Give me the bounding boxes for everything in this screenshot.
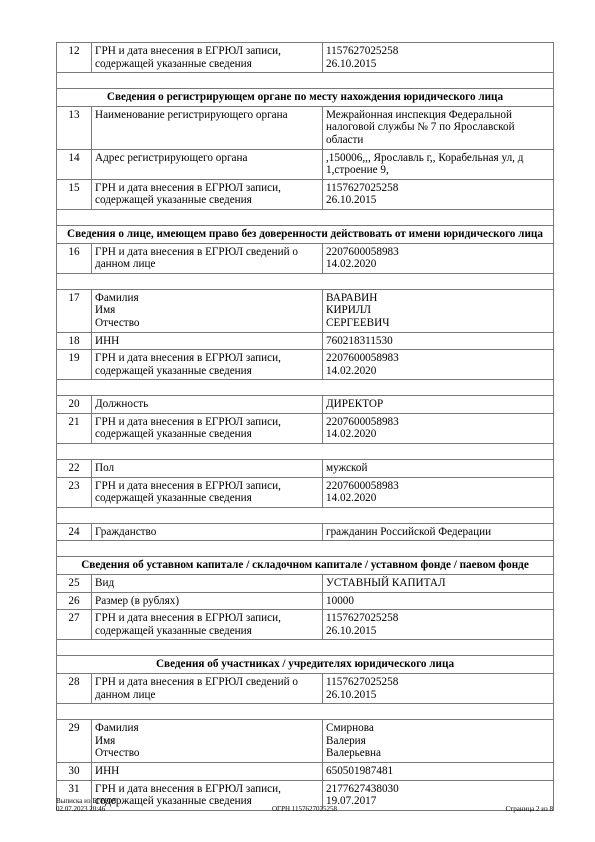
- section-title: Сведения о регистрирующем органе по мест…: [57, 89, 554, 107]
- section-title: Сведения о лице, имеющем право без довер…: [57, 225, 554, 243]
- row-number: 29: [57, 720, 92, 763]
- blank-row: [57, 444, 554, 460]
- row-label: Фамилия Имя Отчество: [92, 720, 323, 763]
- row-label: ГРН и дата внесения в ЕГРЮЛ сведений о д…: [92, 674, 323, 704]
- row-label: ГРН и дата внесения в ЕГРЮЛ записи, соде…: [92, 43, 323, 73]
- row-number: 23: [57, 477, 92, 507]
- blank-cell: [57, 444, 554, 460]
- blank-row: [57, 541, 554, 557]
- table-row: 19ГРН и дата внесения в ЕГРЮЛ записи, со…: [57, 350, 554, 380]
- row-value: Межрайонная инспекция Федеральной налого…: [323, 106, 554, 149]
- blank-row: [57, 273, 554, 289]
- table-row: 16ГРН и дата внесения в ЕГРЮЛ сведений о…: [57, 243, 554, 273]
- row-label: Гражданство: [92, 523, 323, 541]
- table-row: 18ИНН760218311530: [57, 332, 554, 350]
- table-row: 29Фамилия Имя ОтчествоСмирнова Валерия В…: [57, 720, 554, 763]
- table-row: 23ГРН и дата внесения в ЕГРЮЛ записи, со…: [57, 477, 554, 507]
- row-value: 2207600058983 14.02.2020: [323, 413, 554, 443]
- row-number: 18: [57, 332, 92, 350]
- row-value: 1157627025258 26.10.2015: [323, 179, 554, 209]
- row-label: Размер (в рублях): [92, 592, 323, 610]
- section-title: Сведения об участниках / учредителях юри…: [57, 656, 554, 674]
- row-value: ВАРАВИН КИРИЛЛ СЕРГЕЕВИЧ: [323, 289, 554, 332]
- table-row: 22Полмужской: [57, 460, 554, 478]
- row-value: УСТАВНЫЙ КАПИТАЛ: [323, 575, 554, 593]
- table-row: 13Наименование регистрирующего органаМеж…: [57, 106, 554, 149]
- egrul-extract-table: 12ГРН и дата внесения в ЕГРЮЛ записи, со…: [56, 42, 554, 811]
- table-row: 14Адрес регистрирующего органа,150006,,,…: [57, 149, 554, 179]
- row-number: 28: [57, 674, 92, 704]
- blank-row: [57, 704, 554, 720]
- section-header-row: Сведения об уставном капитале / складочн…: [57, 557, 554, 575]
- row-number: 20: [57, 396, 92, 414]
- table-row: 30ИНН650501987481: [57, 762, 554, 780]
- row-value: гражданин Российской Федерации: [323, 523, 554, 541]
- blank-row: [57, 209, 554, 225]
- blank-cell: [57, 640, 554, 656]
- row-value: ДИРЕКТОР: [323, 396, 554, 414]
- row-number: 14: [57, 149, 92, 179]
- blank-cell: [57, 541, 554, 557]
- table-row: 21ГРН и дата внесения в ЕГРЮЛ записи, со…: [57, 413, 554, 443]
- row-label: Наименование регистрирующего органа: [92, 106, 323, 149]
- row-label: ГРН и дата внесения в ЕГРЮЛ записи, соде…: [92, 610, 323, 640]
- row-number: 25: [57, 575, 92, 593]
- table-row: 27ГРН и дата внесения в ЕГРЮЛ записи, со…: [57, 610, 554, 640]
- blank-cell: [57, 273, 554, 289]
- table-row: 17Фамилия Имя ОтчествоВАРАВИН КИРИЛЛ СЕР…: [57, 289, 554, 332]
- section-title: Сведения об уставном капитале / складочн…: [57, 557, 554, 575]
- row-number: 19: [57, 350, 92, 380]
- table-row: 20ДолжностьДИРЕКТОР: [57, 396, 554, 414]
- table-row: 25ВидУСТАВНЫЙ КАПИТАЛ: [57, 575, 554, 593]
- row-number: 22: [57, 460, 92, 478]
- row-value: 2207600058983 14.02.2020: [323, 350, 554, 380]
- footer-page-number: Страница 2 из 8: [506, 805, 553, 813]
- row-number: 24: [57, 523, 92, 541]
- section-header-row: Сведения о лице, имеющем право без довер…: [57, 225, 554, 243]
- blank-cell: [57, 380, 554, 396]
- row-label: ГРН и дата внесения в ЕГРЮЛ записи, соде…: [92, 477, 323, 507]
- row-value: 650501987481: [323, 762, 554, 780]
- row-number: 26: [57, 592, 92, 610]
- row-label: Должность: [92, 396, 323, 414]
- table-body: 12ГРН и дата внесения в ЕГРЮЛ записи, со…: [57, 43, 554, 811]
- blank-row: [57, 507, 554, 523]
- row-label: ГРН и дата внесения в ЕГРЮЛ записи, соде…: [92, 179, 323, 209]
- blank-cell: [57, 704, 554, 720]
- page-footer: Выписка из ЕГРЮЛ 02.07.2023 20:46 ОГРН 1…: [56, 797, 553, 827]
- footer-doc-name: Выписка из ЕГРЮЛ: [56, 797, 116, 805]
- row-number: 17: [57, 289, 92, 332]
- row-label: Фамилия Имя Отчество: [92, 289, 323, 332]
- table-row: 15ГРН и дата внесения в ЕГРЮЛ записи, со…: [57, 179, 554, 209]
- row-label: Адрес регистрирующего органа: [92, 149, 323, 179]
- row-label: ИНН: [92, 762, 323, 780]
- section-header-row: Сведения об участниках / учредителях юри…: [57, 656, 554, 674]
- row-number: 30: [57, 762, 92, 780]
- blank-row: [57, 380, 554, 396]
- row-number: 12: [57, 43, 92, 73]
- row-label: ГРН и дата внесения в ЕГРЮЛ записи, соде…: [92, 350, 323, 380]
- footer-ogrn: ОГРН 1157627025258: [56, 805, 553, 813]
- blank-cell: [57, 73, 554, 89]
- row-value: 2207600058983 14.02.2020: [323, 243, 554, 273]
- table-row: 12ГРН и дата внесения в ЕГРЮЛ записи, со…: [57, 43, 554, 73]
- section-header-row: Сведения о регистрирующем органе по мест…: [57, 89, 554, 107]
- row-number: 13: [57, 106, 92, 149]
- row-value: 10000: [323, 592, 554, 610]
- row-label: ГРН и дата внесения в ЕГРЮЛ сведений о д…: [92, 243, 323, 273]
- table-row: 26Размер (в рублях)10000: [57, 592, 554, 610]
- table-row: 28ГРН и дата внесения в ЕГРЮЛ сведений о…: [57, 674, 554, 704]
- row-value: мужской: [323, 460, 554, 478]
- row-number: 21: [57, 413, 92, 443]
- row-number: 27: [57, 610, 92, 640]
- row-label: ИНН: [92, 332, 323, 350]
- blank-row: [57, 73, 554, 89]
- row-label: Пол: [92, 460, 323, 478]
- row-value: 2207600058983 14.02.2020: [323, 477, 554, 507]
- row-value: 1157627025258 26.10.2015: [323, 43, 554, 73]
- row-value: ,150006,,, Ярославль г,, Корабельная ул,…: [323, 149, 554, 179]
- table-row: 24Гражданствогражданин Российской Федера…: [57, 523, 554, 541]
- row-label: ГРН и дата внесения в ЕГРЮЛ записи, соде…: [92, 413, 323, 443]
- row-value: 760218311530: [323, 332, 554, 350]
- row-number: 15: [57, 179, 92, 209]
- row-value: Смирнова Валерия Валерьевна: [323, 720, 554, 763]
- row-number: 16: [57, 243, 92, 273]
- row-label: Вид: [92, 575, 323, 593]
- blank-row: [57, 640, 554, 656]
- blank-cell: [57, 507, 554, 523]
- row-value: 1157627025258 26.10.2015: [323, 674, 554, 704]
- row-value: 1157627025258 26.10.2015: [323, 610, 554, 640]
- blank-cell: [57, 209, 554, 225]
